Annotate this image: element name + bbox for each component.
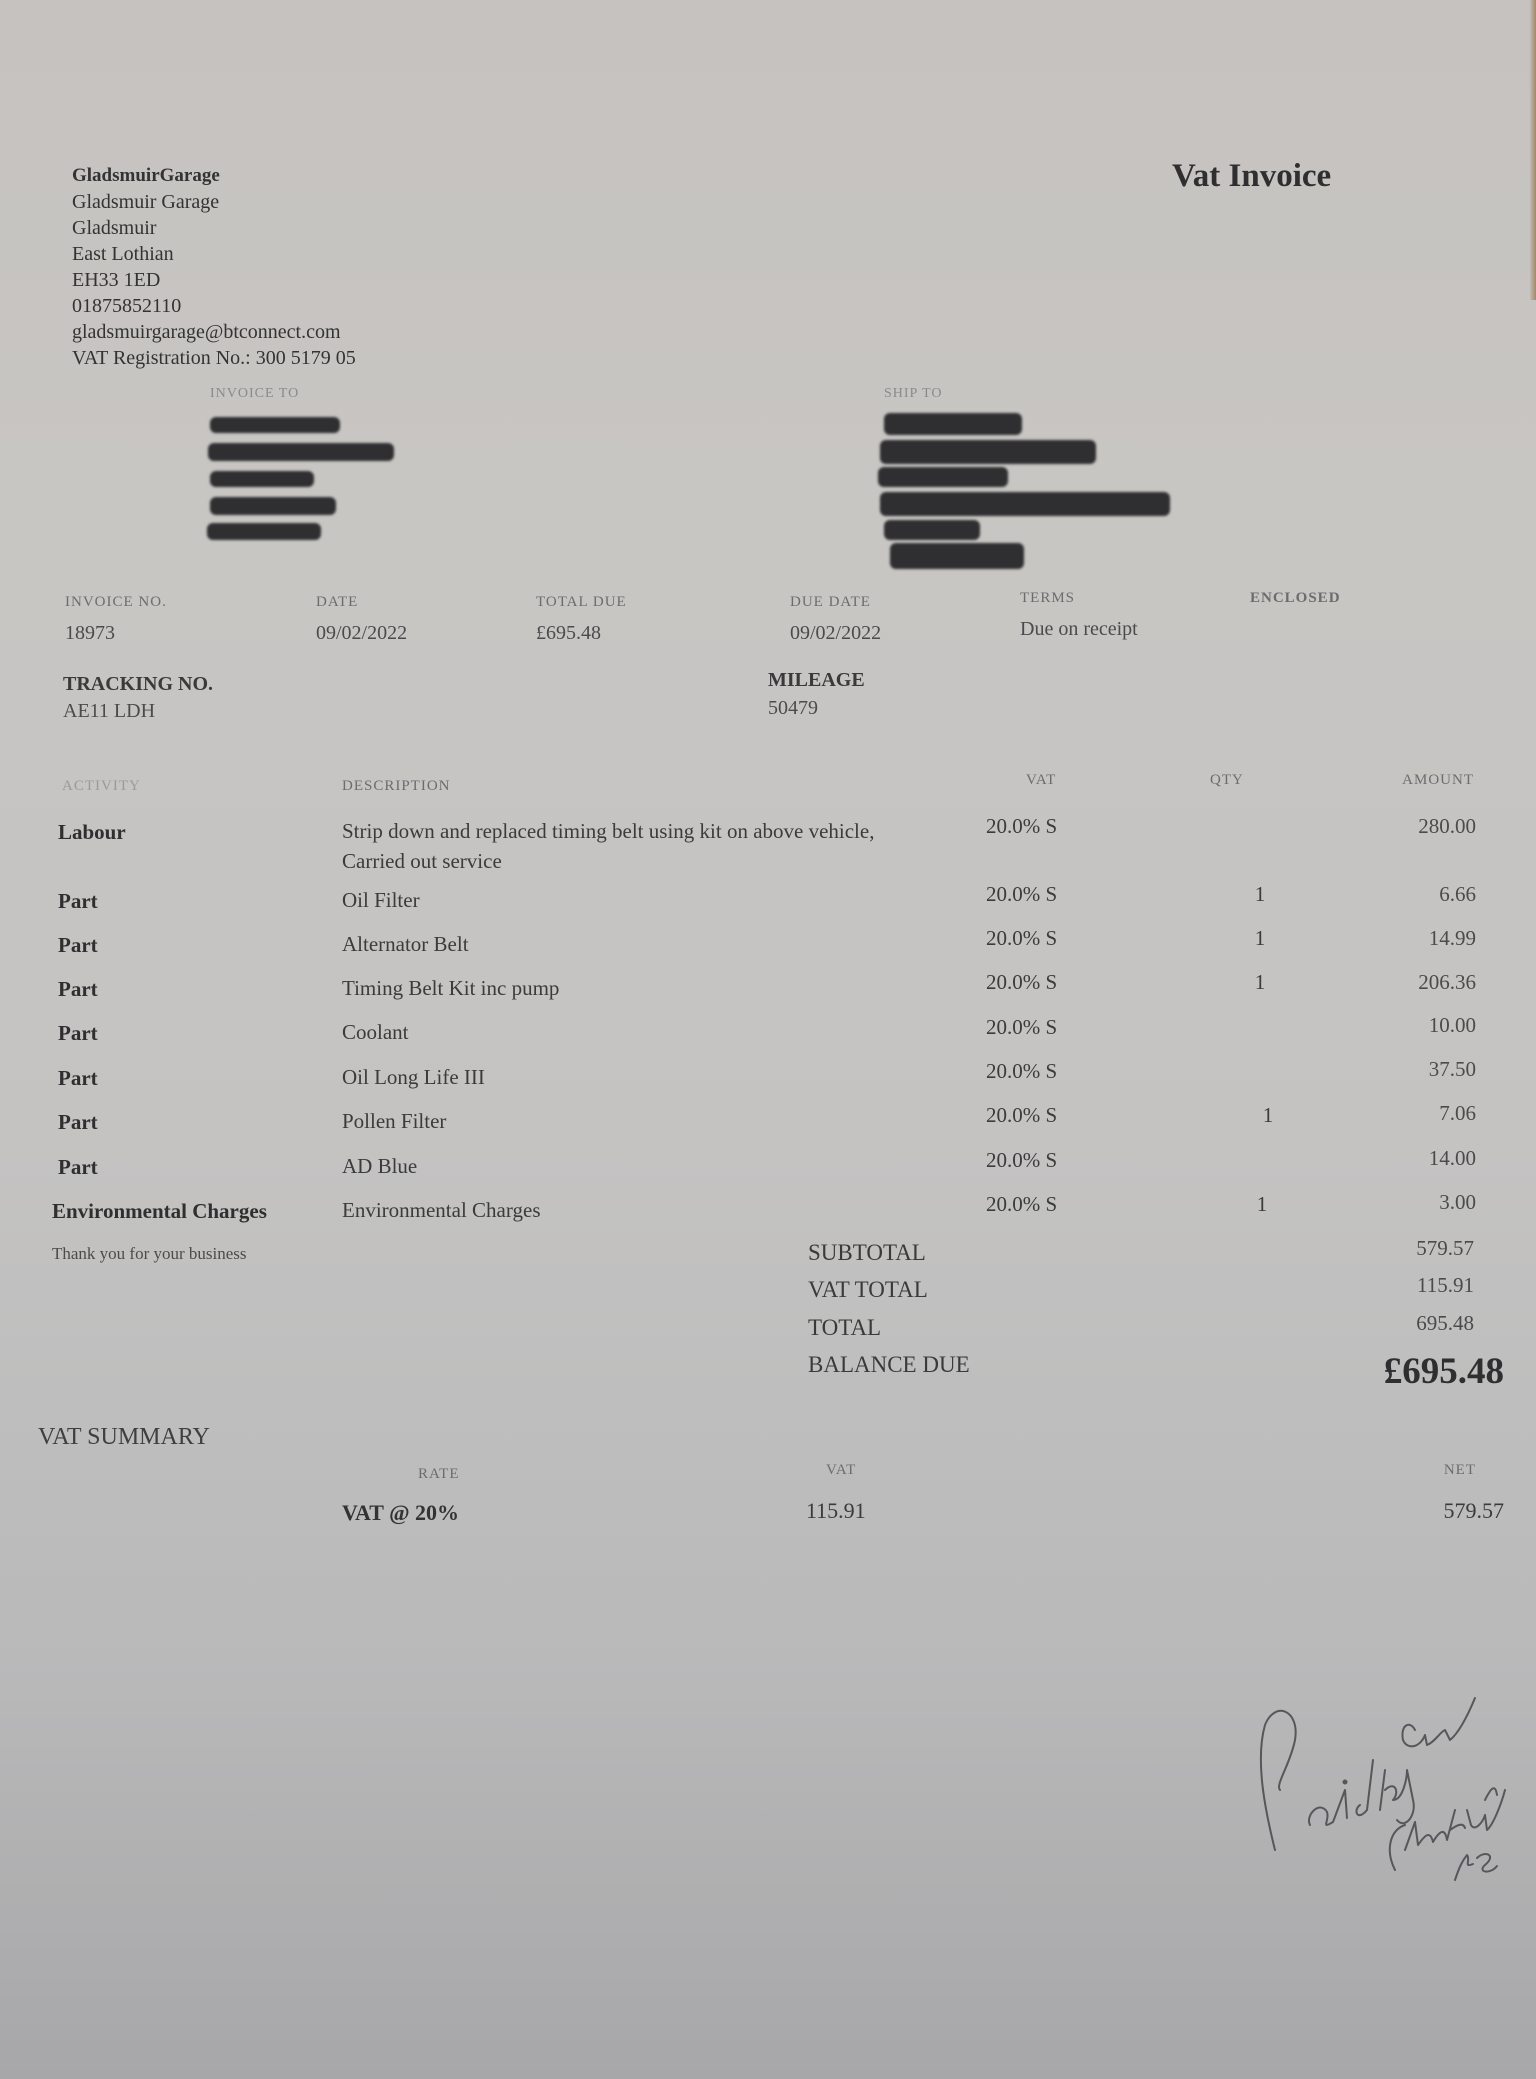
row-amount: 3.00 (1439, 1190, 1476, 1215)
terms-value: Due on receipt (1020, 618, 1138, 641)
total-due-value: £695.48 (536, 622, 601, 645)
subtotal-label: SUBTOTAL (808, 1240, 926, 1266)
row-vat: 20.0% S (986, 970, 1057, 995)
invoice-no-label: INVOICE NO. (65, 594, 167, 611)
row-qty: 1 (1250, 926, 1270, 951)
document-title: Vat Invoice (1172, 158, 1331, 195)
mileage-label: MILEAGE (768, 669, 865, 692)
row-qty: 1 (1250, 882, 1270, 907)
total-value: 695.48 (1416, 1311, 1474, 1336)
row-vat: 20.0% S (986, 1059, 1057, 1084)
vat-summary-rate: VAT @ 20% (342, 1500, 459, 1526)
row-qty: 1 (1252, 1192, 1272, 1217)
row-amount: 7.06 (1439, 1101, 1476, 1126)
total-due-label: TOTAL DUE (536, 594, 627, 611)
company-line: East Lothian (72, 241, 356, 267)
row-description: AD Blue (342, 1151, 417, 1181)
mileage-value: 50479 (768, 697, 818, 720)
vat-summary-net: 579.57 (1444, 1498, 1505, 1524)
row-amount: 206.36 (1418, 970, 1476, 995)
vat-total-value: 115.91 (1417, 1273, 1474, 1298)
enclosed-label: ENCLOSED (1250, 590, 1341, 607)
col-header-qty: QTY (1210, 772, 1244, 789)
col-header-activity: ACTIVITY (62, 778, 141, 795)
balance-due-value: £695.48 (1384, 1350, 1504, 1393)
row-description: Environmental Charges (342, 1195, 541, 1225)
col-header-amount: AMOUNT (1402, 772, 1474, 789)
total-label: TOTAL (808, 1315, 881, 1341)
company-address-block: GladsmuirGarage Gladsmuir Garage Gladsmu… (72, 163, 356, 371)
col-header-description: DESCRIPTION (342, 778, 451, 795)
company-line: EH33 1ED (72, 267, 356, 293)
row-amount: 280.00 (1418, 814, 1476, 839)
row-qty: 1 (1250, 970, 1270, 995)
company-line: Gladsmuir Garage (72, 189, 356, 215)
row-vat: 20.0% S (986, 814, 1057, 839)
company-email: gladsmuirgarage@btconnect.com (72, 319, 356, 345)
row-activity: Part (58, 1155, 98, 1180)
vat-summary-header-rate: RATE (418, 1466, 460, 1483)
date-label: DATE (316, 594, 358, 611)
handwritten-paid-note (1235, 1650, 1525, 1890)
tracking-no-value: AE11 LDH (63, 700, 155, 723)
row-vat: 20.0% S (986, 882, 1057, 907)
row-amount: 10.00 (1429, 1013, 1476, 1038)
handwriting-icon (1235, 1650, 1525, 1890)
row-activity: Part (58, 1066, 98, 1091)
row-description: Strip down and replaced timing belt usin… (342, 816, 922, 876)
ship-to-label: SHIP TO (884, 386, 942, 402)
row-amount: 6.66 (1439, 882, 1476, 907)
row-description: Coolant (342, 1017, 409, 1047)
vat-summary-header-net: NET (1444, 1462, 1476, 1479)
row-qty: 1 (1258, 1103, 1278, 1128)
company-vat-registration: VAT Registration No.: 300 5179 05 (72, 345, 356, 371)
row-amount: 14.00 (1429, 1146, 1476, 1171)
row-description: Oil Long Life III (342, 1062, 485, 1092)
row-description: Timing Belt Kit inc pump (342, 973, 559, 1003)
row-activity: Part (58, 1021, 98, 1046)
vat-summary-heading: VAT SUMMARY (38, 1424, 210, 1451)
company-name: GladsmuirGarage (72, 163, 356, 189)
tracking-no-label: TRACKING NO. (63, 673, 213, 696)
col-header-vat: VAT (1026, 772, 1056, 789)
vat-summary-vat: 115.91 (806, 1498, 866, 1524)
row-activity: Labour (58, 820, 126, 845)
subtotal-value: 579.57 (1416, 1236, 1474, 1261)
row-vat: 20.0% S (986, 926, 1057, 951)
row-activity: Part (58, 977, 98, 1002)
row-vat: 20.0% S (986, 1192, 1057, 1217)
row-vat: 20.0% S (986, 1015, 1057, 1040)
vat-total-label: VAT TOTAL (808, 1277, 928, 1303)
company-phone: 01875852110 (72, 293, 356, 319)
row-amount: 14.99 (1429, 926, 1476, 951)
row-amount: 37.50 (1429, 1057, 1476, 1082)
due-date-label: DUE DATE (790, 594, 871, 611)
company-line: Gladsmuir (72, 215, 356, 241)
row-activity: Part (58, 889, 98, 914)
vat-summary-header-vat: VAT (826, 1462, 856, 1479)
row-activity: Part (58, 1110, 98, 1135)
row-vat: 20.0% S (986, 1148, 1057, 1173)
date-value: 09/02/2022 (316, 622, 407, 645)
row-description: Oil Filter (342, 885, 420, 915)
invoice-to-label: INVOICE TO (210, 386, 299, 402)
row-vat: 20.0% S (986, 1103, 1057, 1128)
row-activity: Part (58, 933, 98, 958)
page-edge (1530, 0, 1536, 300)
row-description: Pollen Filter (342, 1106, 446, 1136)
balance-due-label: BALANCE DUE (808, 1352, 970, 1378)
due-date-value: 09/02/2022 (790, 622, 881, 645)
terms-label: TERMS (1020, 590, 1075, 607)
row-activity: Environmental Charges (52, 1199, 267, 1224)
invoice-no-value: 18973 (65, 622, 115, 645)
row-description: Alternator Belt (342, 929, 469, 959)
thank-you-note: Thank you for your business (52, 1244, 247, 1264)
